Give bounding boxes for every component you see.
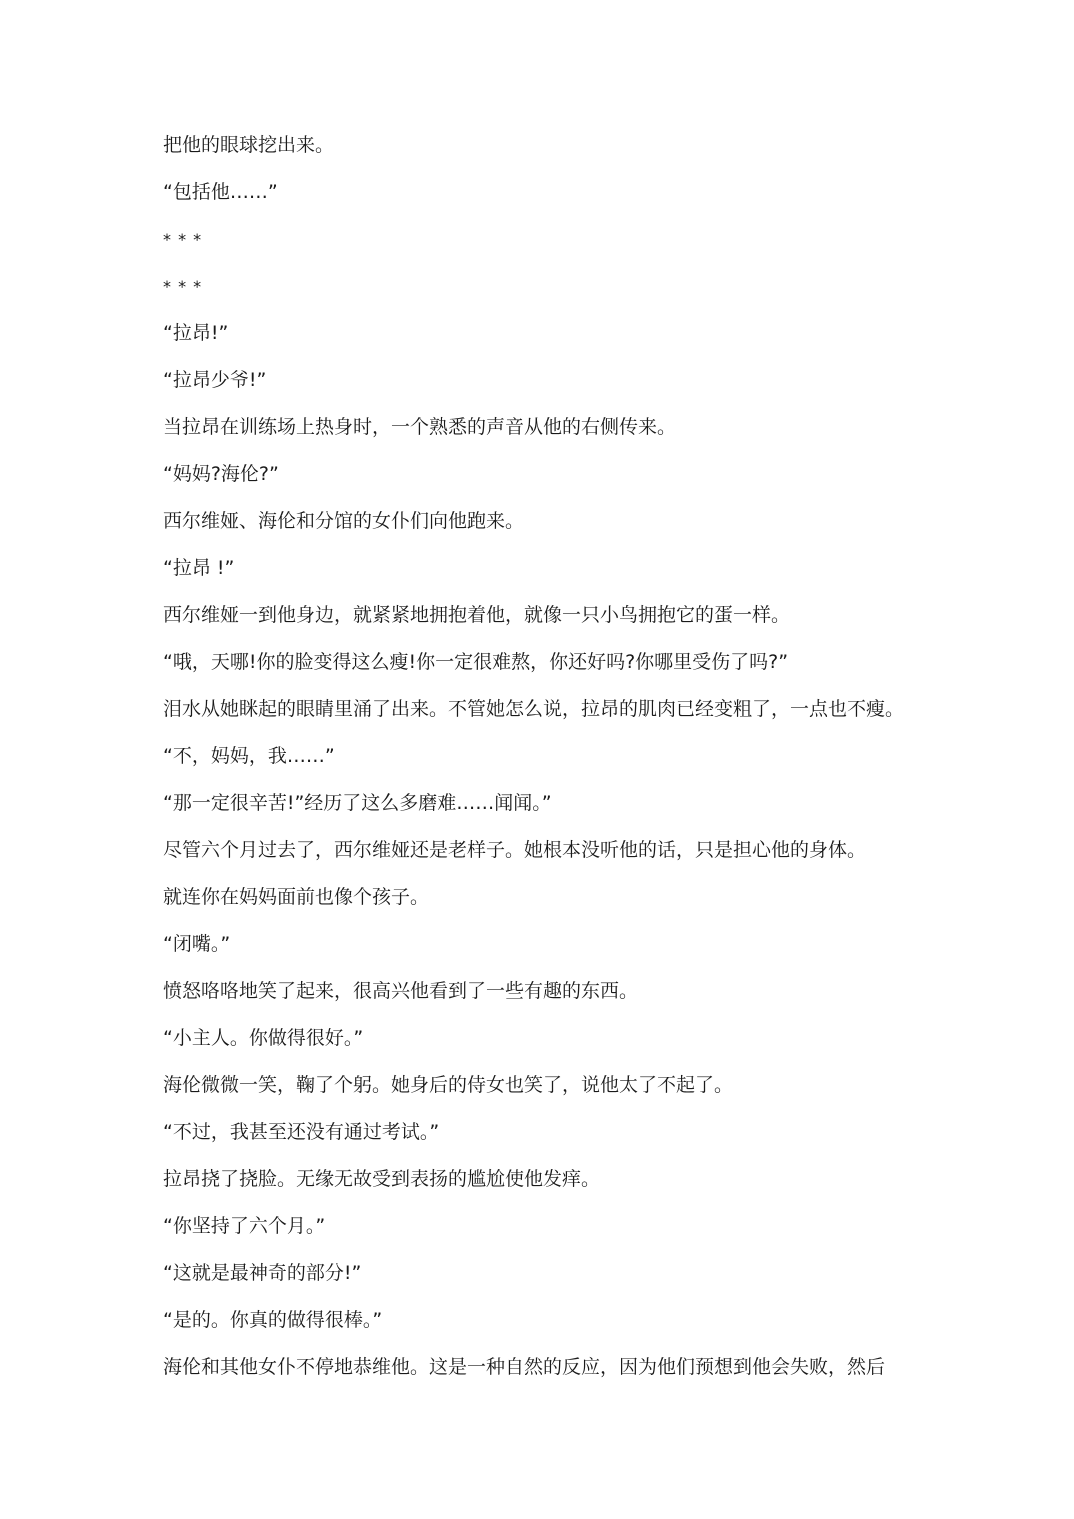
paragraph: 就连你在妈妈面前也像个孩子。: [163, 874, 923, 921]
dialogue-line: “不过，我甚至还没有通过考试。”: [163, 1109, 923, 1156]
dialogue-line: “妈妈?海伦?”: [163, 451, 923, 498]
paragraph: 愤怒咯咯地笑了起来，很高兴他看到了一些有趣的东西。: [163, 968, 923, 1015]
dialogue-line: “拉昂少爷!”: [163, 357, 923, 404]
paragraph: 把他的眼球挖出来。: [163, 122, 923, 169]
dialogue-line: “闭嘴。”: [163, 921, 923, 968]
document-page: 把他的眼球挖出来。 “包括他……” * * * * * * “拉昂!” “拉昂少…: [163, 122, 923, 1391]
dialogue-line: “拉昂 !”: [163, 545, 923, 592]
scene-separator: * * *: [163, 263, 923, 310]
paragraph: 西尔维娅、海伦和分馆的女仆们向他跑来。: [163, 498, 923, 545]
paragraph: 海伦微微一笑，鞠了个躬。她身后的侍女也笑了，说他太了不起了。: [163, 1062, 923, 1109]
dialogue-line: “是的。你真的做得很棒。”: [163, 1297, 923, 1344]
paragraph: 当拉昂在训练场上热身时，一个熟悉的声音从他的右侧传来。: [163, 404, 923, 451]
dialogue-line: “这就是最神奇的部分!”: [163, 1250, 923, 1297]
dialogue-line: “那一定很辛苦!”经历了这么多磨难……闻闻。”: [163, 780, 923, 827]
paragraph: 泪水从她眯起的眼睛里涌了出来。不管她怎么说，拉昂的肌肉已经变粗了，一点也不瘦。: [163, 686, 923, 733]
paragraph: 西尔维娅一到他身边，就紧紧地拥抱着他，就像一只小鸟拥抱它的蛋一样。: [163, 592, 923, 639]
dialogue-line: “小主人。你做得很好。”: [163, 1015, 923, 1062]
paragraph: 海伦和其他女仆不停地恭维他。这是一种自然的反应，因为他们预想到他会失败，然后: [163, 1344, 923, 1391]
dialogue-line: “哦，天哪!你的脸变得这么瘦!你一定很难熬，你还好吗?你哪里受伤了吗?”: [163, 639, 923, 686]
dialogue-line: “你坚持了六个月。”: [163, 1203, 923, 1250]
dialogue-line: “包括他……”: [163, 169, 923, 216]
dialogue-line: “不，妈妈，我……”: [163, 733, 923, 780]
scene-separator: * * *: [163, 216, 923, 263]
paragraph: 拉昂挠了挠脸。无缘无故受到表扬的尴尬使他发痒。: [163, 1156, 923, 1203]
paragraph: 尽管六个月过去了，西尔维娅还是老样子。她根本没听他的话，只是担心他的身体。: [163, 827, 923, 874]
dialogue-line: “拉昂!”: [163, 310, 923, 357]
